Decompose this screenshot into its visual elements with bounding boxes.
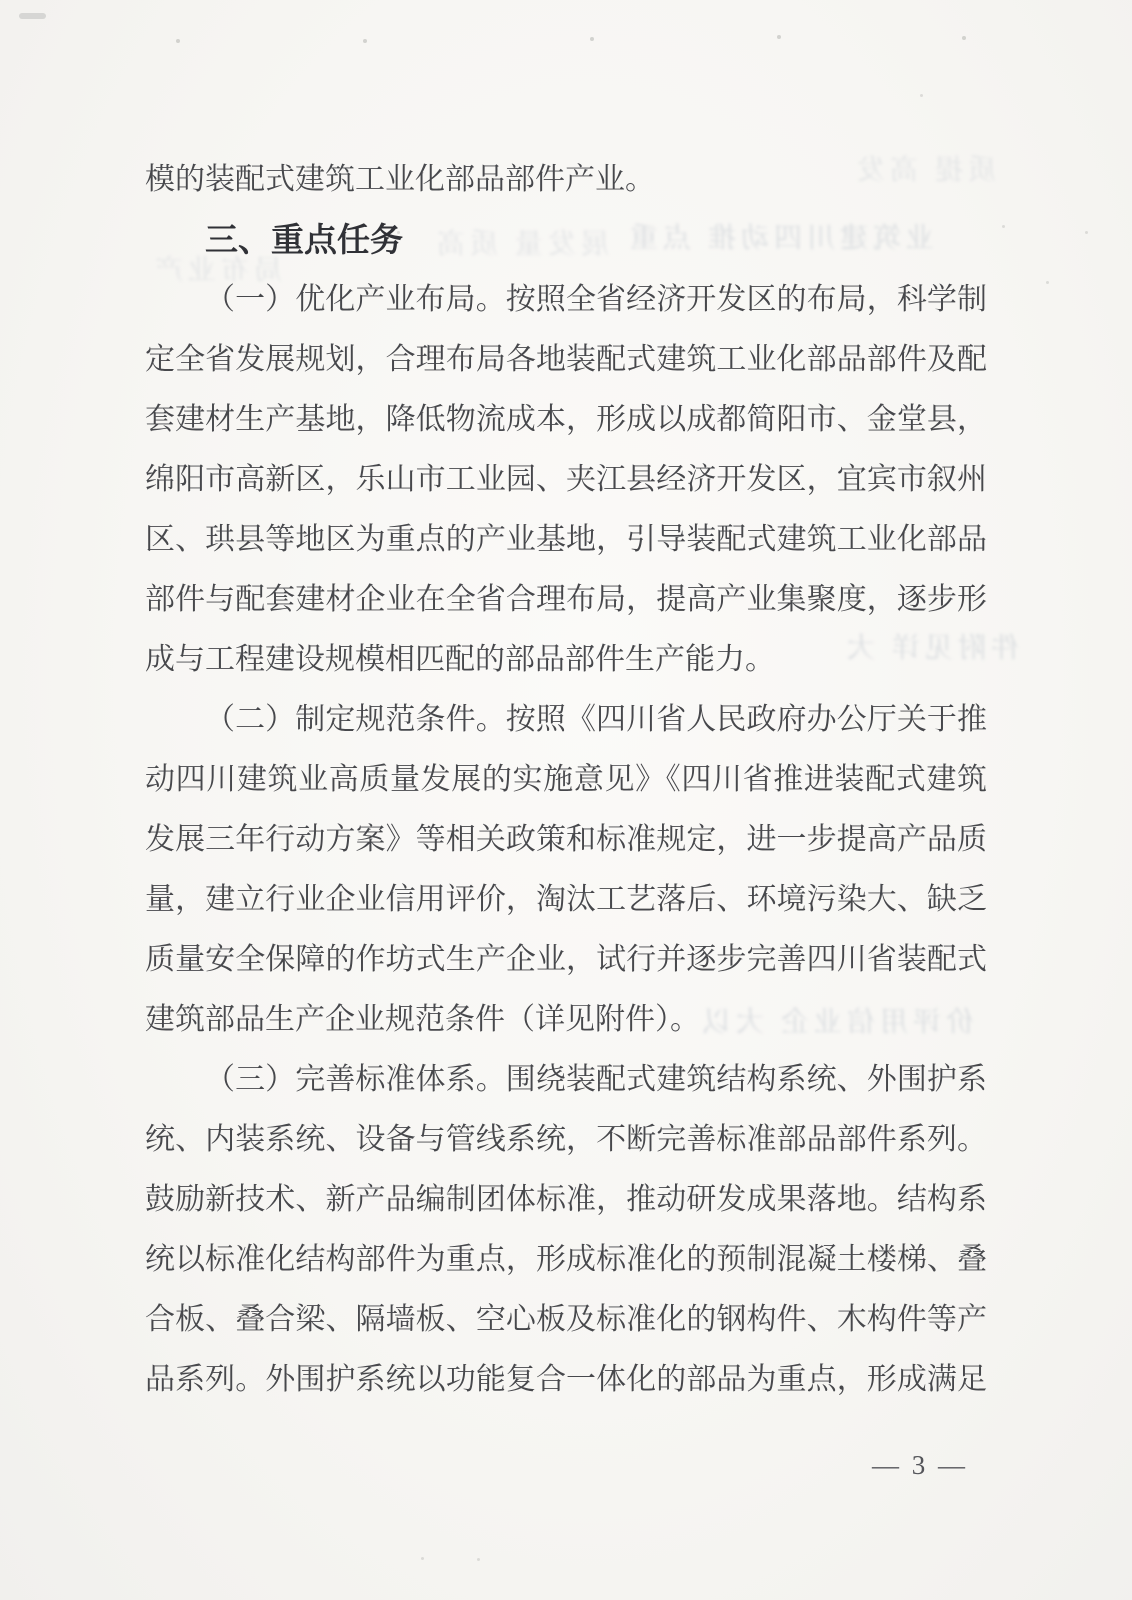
text-line: 统、内装系统、设备与管线系统，不断完善标准部品部件系列。 — [145, 1110, 987, 1170]
dust-speck — [176, 39, 180, 43]
text-line: 定全省发展规划，合理布局各地装配式建筑工业化部品部件及配 — [145, 330, 987, 390]
text-line: 合板、叠合梁、隔墙板、空心板及标准化的钢构件、木构件等产 — [145, 1290, 987, 1350]
text-line: 套建材生产基地，降低物流成本，形成以成都简阳市、金堂县， — [145, 390, 987, 450]
dust-speck — [920, 94, 923, 97]
text-line: 部件与配套建材企业在全省合理布局，提高产业集聚度，逐步形 — [145, 570, 987, 630]
text-line: 发展三年行动方案》等相关政策和标准规定，进一步提高产品质 — [145, 810, 987, 870]
dust-speck — [777, 35, 781, 39]
text-line: 建筑部品生产企业规范条件（详见附件）。 — [145, 990, 987, 1050]
dust-speck — [962, 36, 966, 40]
text-line: 质量安全保障的作坊式生产企业，试行并逐步完善四川省装配式 — [145, 930, 987, 990]
dust-speck — [477, 1558, 480, 1561]
dust-speck — [421, 1557, 424, 1560]
page-number: — 3 — — [872, 1443, 1032, 1487]
dust-speck — [590, 37, 594, 41]
dust-speck — [1085, 231, 1088, 234]
text-line: （三）完善标准体系。围绕装配式建筑结构系统、外围护系 — [145, 1050, 987, 1110]
text-line: 模的装配式建筑工业化部品部件产业。 — [145, 150, 987, 210]
document-page: 质提 高发 展发量 质高 业筑建川四动推 点重 件附见详 大 价评用信业企 大以… — [0, 0, 1132, 1600]
text-line: 绵阳市高新区，乐山市工业园、夹江县经济开发区，宜宾市叙州 — [145, 450, 987, 510]
text-line: 成与工程建设规模相匹配的部品部件生产能力。 — [145, 630, 987, 690]
text-line: 动四川建筑业高质量发展的实施意见》《四川省推进装配式建筑 — [145, 750, 987, 810]
section-heading: 三、重点任务 — [145, 210, 987, 270]
document-body: 模的装配式建筑工业化部品部件产业。 三、重点任务 （一）优化产业布局。按照全省经… — [145, 150, 987, 1410]
text-line: 量，建立行业企业信用评价，淘汰工艺落后、环境污染大、缺乏 — [145, 870, 987, 930]
dust-speck — [1046, 281, 1049, 284]
dust-speck — [363, 39, 367, 43]
dust-speck — [1002, 225, 1005, 228]
text-line: 统以标准化结构部件为重点，形成标准化的预制混凝土楼梯、叠 — [145, 1230, 987, 1290]
text-line: （一）优化产业布局。按照全省经济开发区的布局，科学制 — [145, 270, 987, 330]
text-line: （二）制定规范条件。按照《四川省人民政府办公厅关于推 — [145, 690, 987, 750]
text-line: 区、珙县等地区为重点的产业基地，引导装配式建筑工业化部品 — [145, 510, 987, 570]
scan-corner-mark — [19, 13, 46, 19]
text-line: 品系列。外围护系统以功能复合一体化的部品为重点，形成满足 — [145, 1350, 987, 1410]
text-line: 鼓励新技术、新产品编制团体标准，推动研发成果落地。结构系 — [145, 1170, 987, 1230]
